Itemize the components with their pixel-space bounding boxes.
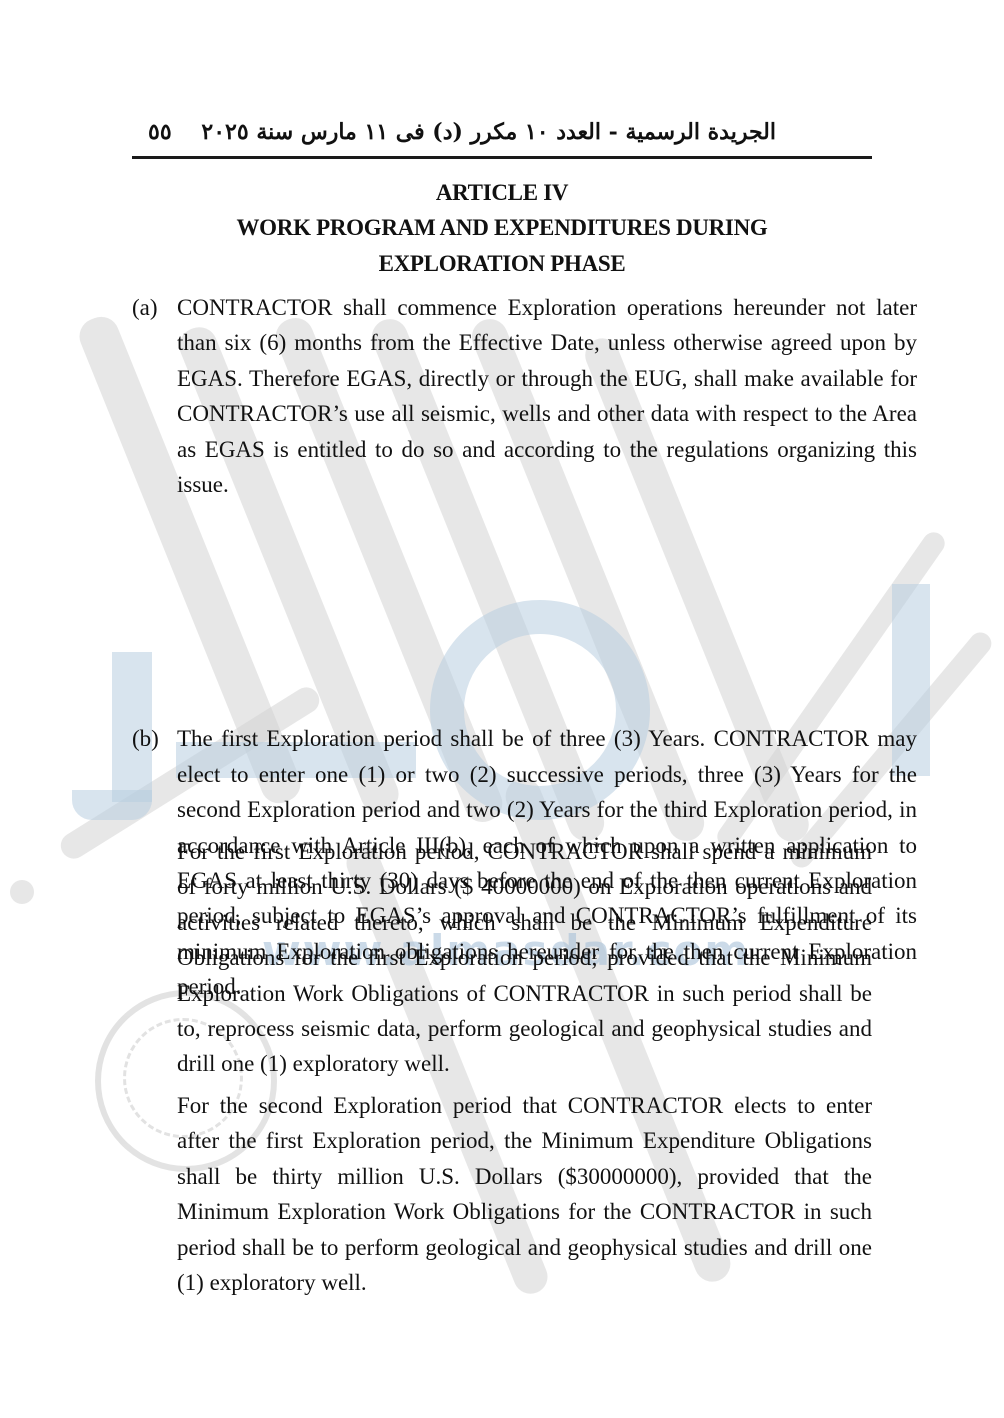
- article-number: ARTICLE IV: [132, 180, 872, 206]
- paragraph-first-period: For the first Exploration period, CONTRA…: [132, 834, 872, 1082]
- gazette-title: الجريدة الرسمية - العدد ١٠ مكرر (د) فى ١…: [201, 119, 776, 145]
- clause-marker: (b): [132, 721, 159, 756]
- running-head: ٥٥ الجريدة الرسمية - العدد ١٠ مكرر (د) ف…: [132, 112, 872, 152]
- header-rule: [132, 156, 872, 159]
- clause-marker: (a): [132, 290, 158, 325]
- article-title-line-1: WORK PROGRAM AND EXPENDITURES DURING: [132, 215, 872, 241]
- clause-text: CONTRACTOR shall commence Exploration op…: [177, 295, 917, 497]
- gazette-page: ٥٥ الجريدة الرسمية - العدد ١٠ مكرر (د) ف…: [0, 0, 1004, 1418]
- clause-a: (a) CONTRACTOR shall commence Exploratio…: [132, 290, 917, 502]
- paragraph-second-period: For the second Exploration period that C…: [132, 1088, 872, 1300]
- article-title-line-2: EXPLORATION PHASE: [132, 251, 872, 277]
- page-number: ٥٥: [148, 119, 172, 145]
